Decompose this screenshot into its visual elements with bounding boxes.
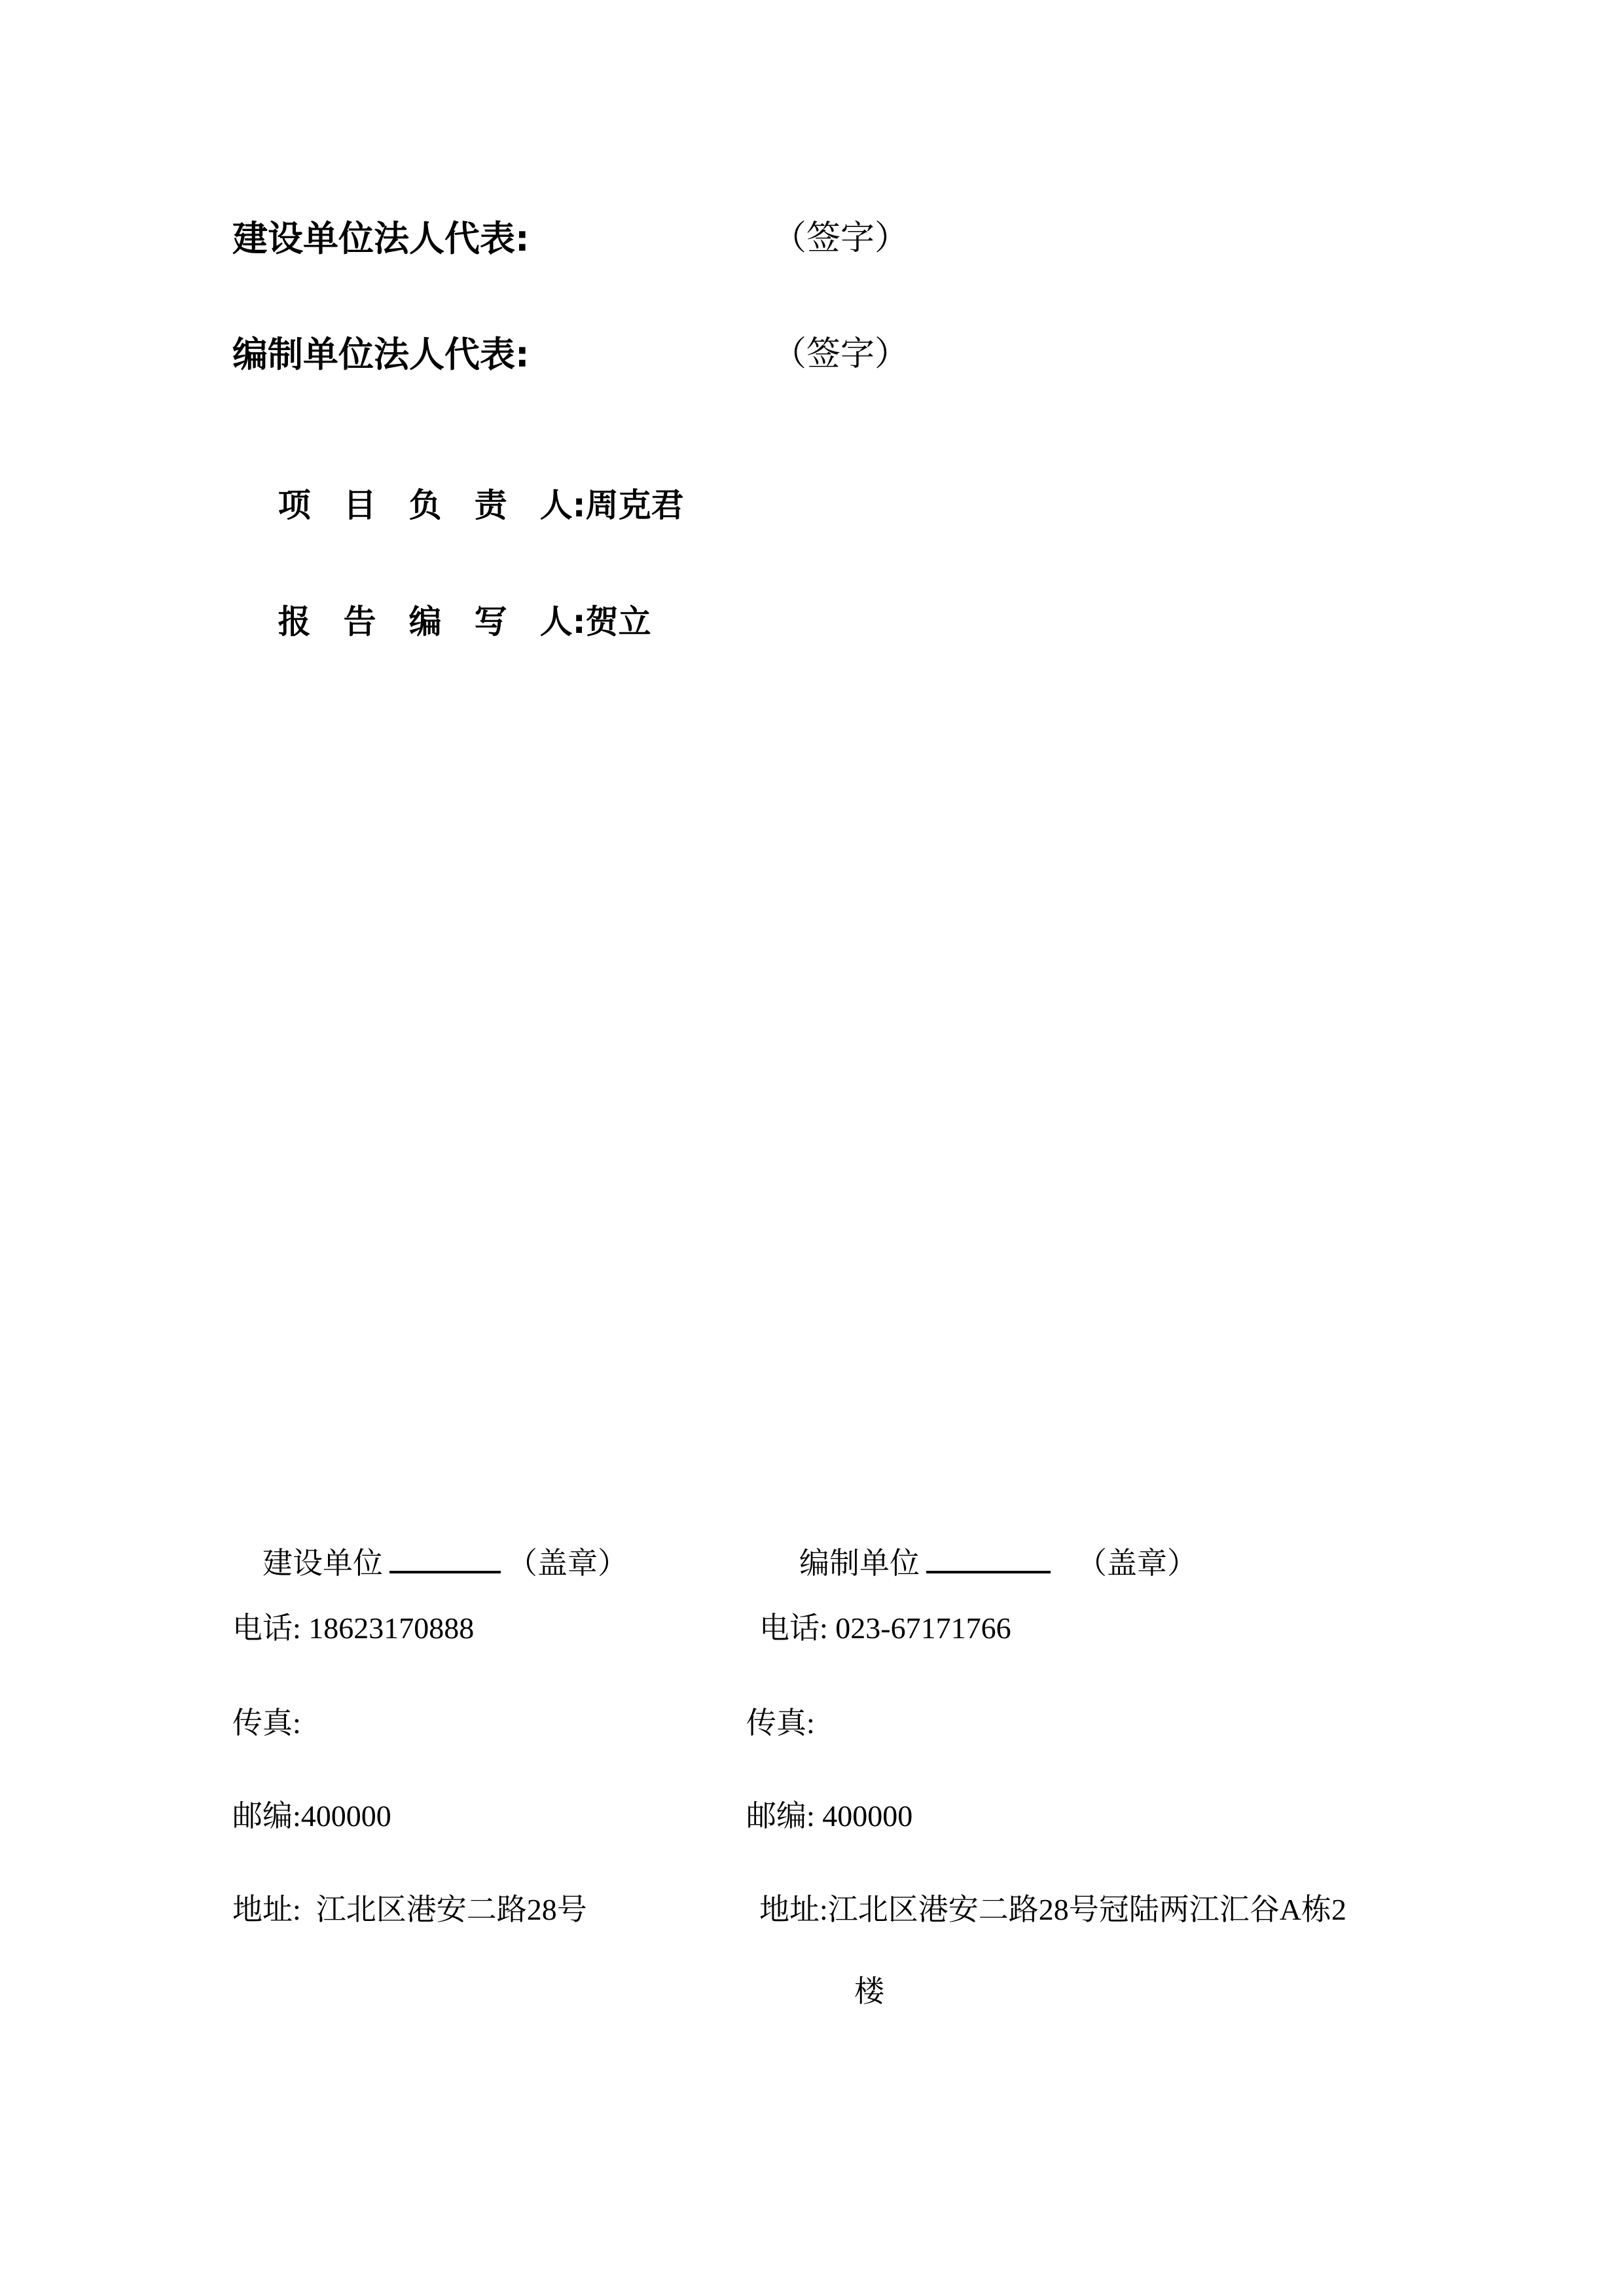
project-lead-label: 项 目 负 责 人: [278, 486, 586, 524]
document-page: 建设单位法人代表: （签字） 编制单位法人代表: （签字） 项 目 负 责 人:… [0, 0, 1624, 2296]
project-lead-row: 项 目 负 责 人:周克君 [232, 456, 684, 554]
construction-unit-blank [389, 1568, 501, 1573]
construction-unit-postcode: 邮编:400000 [232, 1801, 391, 1831]
compiler-rep-label: 编制单位法人代表: [232, 337, 530, 372]
compiling-unit-label: 编制单位 [799, 1547, 920, 1580]
report-author-label: 报 告 编 写 人: [278, 603, 586, 641]
compiler-rep-sign-note: （签字） [772, 337, 909, 371]
compiling-unit-seal-row: 编制单位（盖章） [769, 1518, 1197, 1609]
report-author-name: 贺立 [586, 603, 651, 641]
compiling-unit-address-line1: 地址:江北区港安二路28号冠陆两江汇谷A栋2 [759, 1895, 1346, 1925]
construction-unit-seal-row: 建设单位（盖章） [232, 1518, 628, 1609]
construction-unit-address: 地址: 江北区港安二路28号 [232, 1895, 587, 1925]
compiling-unit-phone: 电话: 023-67171766 [759, 1613, 1011, 1643]
project-lead-name: 周克君 [586, 486, 684, 524]
compiling-unit-address-line2: 楼 [854, 1977, 884, 2007]
construction-rep-label: 建设单位法人代表: [232, 221, 530, 257]
report-author-row: 报 告 编 写 人:贺立 [232, 573, 651, 671]
compiling-unit-postcode: 邮编: 400000 [746, 1801, 912, 1831]
construction-unit-phone: 电话: 18623170888 [232, 1613, 474, 1643]
construction-rep-sign-note: （签字） [772, 221, 909, 255]
compiling-unit-blank [926, 1568, 1051, 1573]
construction-unit-fax: 传真: [232, 1708, 301, 1738]
construction-unit-label: 建设单位 [262, 1547, 383, 1580]
compiling-unit-seal-note: （盖章） [1077, 1547, 1197, 1580]
compiling-unit-fax: 传真: [746, 1708, 815, 1738]
construction-unit-seal-note: （盖章） [507, 1547, 628, 1580]
